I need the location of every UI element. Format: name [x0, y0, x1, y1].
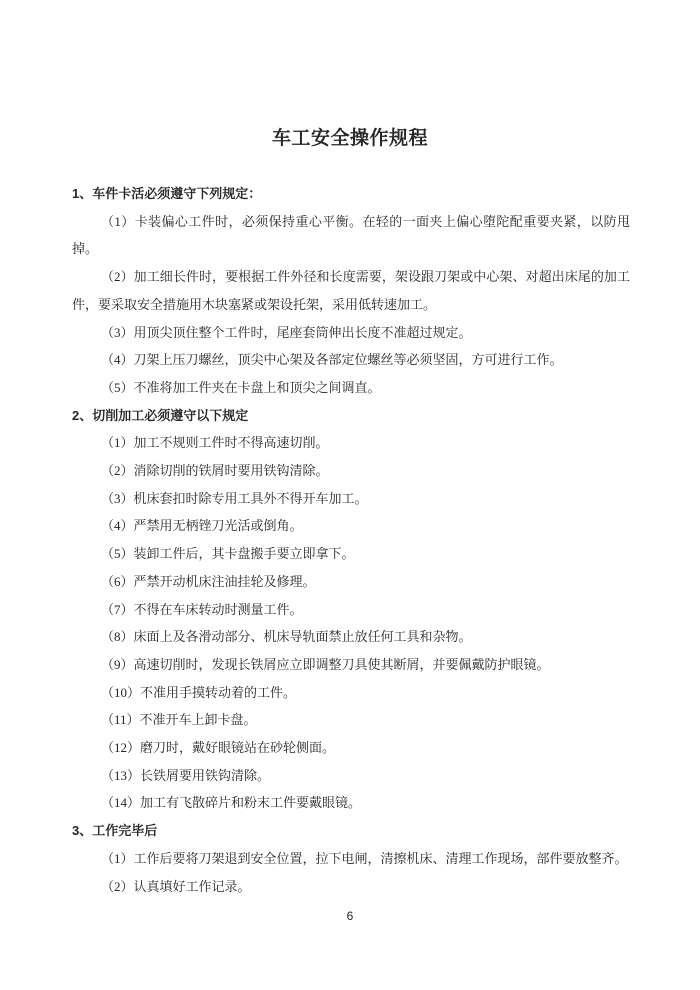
rule-item: （3）用顶尖顶住整个工件时，尾座套筒伸出长度不准超过规定。 — [72, 319, 630, 347]
section-cutting-rules: 2、切削加工必须遵守以下规定 （1）加工不规则工件时不得高速切削。 （2）消除切… — [72, 402, 630, 818]
section-heading: 1、车件卡活必须遵守下列规定： — [72, 180, 630, 208]
rule-item: （9）高速切削时，发现长铁屑应立即调整刀具使其断屑，并要佩戴防护眼镜。 — [72, 651, 630, 679]
rule-item: （1）卡装偏心工件时，必须保持重心平衡。在轻的一面夹上偏心堕陀配重要夹紧，以防甩… — [72, 208, 630, 263]
rule-item: （1）工作后要将刀架退到安全位置，拉下电闸，清擦机床、清理工作现场，部件要放整齐… — [72, 845, 630, 873]
rule-item: （12）磨刀时，戴好眼镜站在砂轮侧面。 — [72, 734, 630, 762]
rule-item: （2）认真填好工作记录。 — [72, 873, 630, 901]
rule-item: （8）床面上及各滑动部分、机床导轨面禁止放任何工具和杂物。 — [72, 623, 630, 651]
page-title: 车工安全操作规程 — [0, 0, 700, 152]
section-clamping-rules: 1、车件卡活必须遵守下列规定： （1）卡装偏心工件时，必须保持重心平衡。在轻的一… — [72, 180, 630, 402]
rule-item: （13）长铁屑要用铁钩清除。 — [72, 762, 630, 790]
rule-item: （1）加工不规则工件时不得高速切削。 — [72, 429, 630, 457]
rule-item: （2）消除切削的铁屑时要用铁钩清除。 — [72, 457, 630, 485]
section-after-work: 3、工作完毕后 （1）工作后要将刀架退到安全位置，拉下电闸，清擦机床、清理工作现… — [72, 817, 630, 900]
rule-item: （5）不准将加工件夹在卡盘上和顶尖之间调直。 — [72, 374, 630, 402]
rule-item: （2）加工细长件时，要根据工件外径和长度需要，架设跟刀架或中心架、对超出床尾的加… — [72, 263, 630, 318]
rule-item: （10）不准用手摸转动着的工件。 — [72, 679, 630, 707]
rule-item: （4）刀架上压刀螺丝，顶尖中心架及各部定位螺丝等必须坚固，方可进行工作。 — [72, 346, 630, 374]
section-heading: 2、切削加工必须遵守以下规定 — [72, 402, 630, 430]
rule-item: （6）严禁开动机床注油挂轮及修理。 — [72, 568, 630, 596]
rule-item: （14）加工有飞散碎片和粉末工件要戴眼镜。 — [72, 789, 630, 817]
rule-item: （11）不准开车上卸卡盘。 — [72, 706, 630, 734]
document-content: 1、车件卡活必须遵守下列规定： （1）卡装偏心工件时，必须保持重心平衡。在轻的一… — [0, 180, 700, 900]
page-number: 6 — [0, 908, 700, 924]
rule-item: （7）不得在车床转动时测量工件。 — [72, 596, 630, 624]
section-heading: 3、工作完毕后 — [72, 817, 630, 845]
rule-item: （5）装卸工件后，其卡盘搬手要立即拿下。 — [72, 540, 630, 568]
rule-item: （4）严禁用无柄锉刀光活或倒角。 — [72, 512, 630, 540]
rule-item: （3）机床套扣时除专用工具外不得开车加工。 — [72, 485, 630, 513]
document-page: 车工安全操作规程 1、车件卡活必须遵守下列规定： （1）卡装偏心工件时，必须保持… — [0, 0, 700, 990]
